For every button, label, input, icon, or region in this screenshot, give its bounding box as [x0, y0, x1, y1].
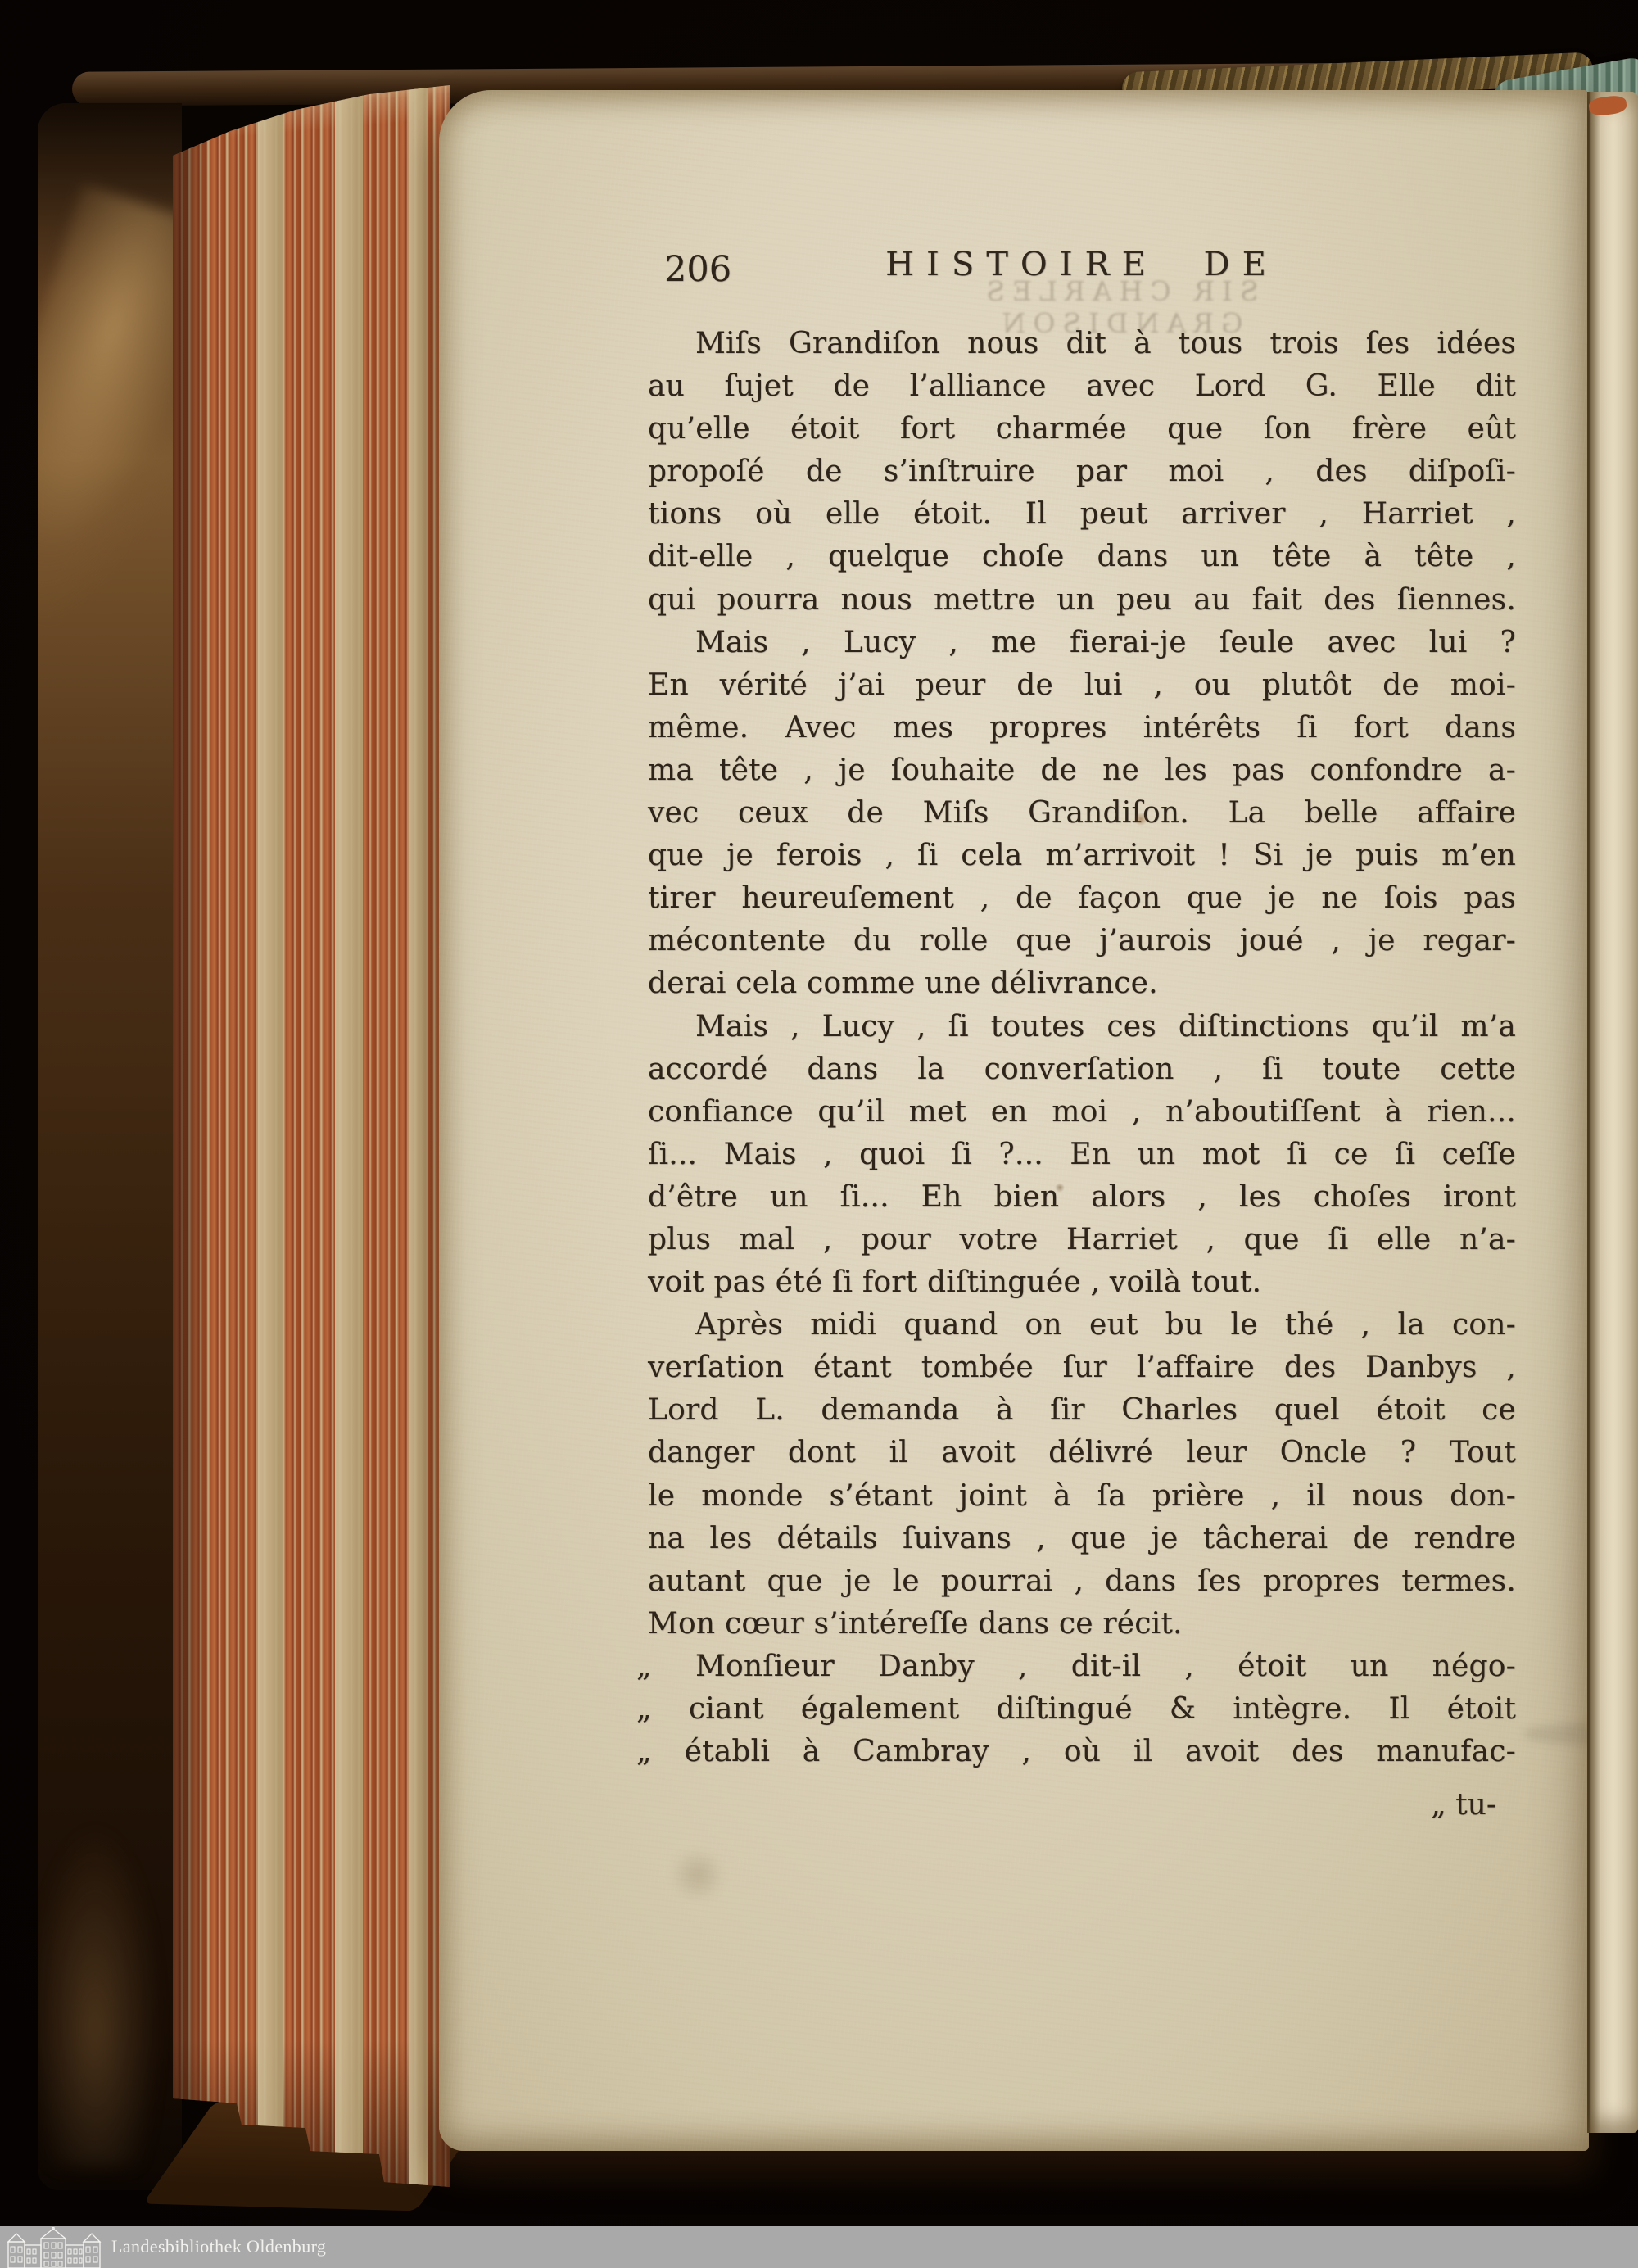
text-line: „ établi à Cambray , où il avoit des man… — [648, 1731, 1516, 1773]
book-page: SIR CHARLES GRANDISON 206 HISTOIRE DE Mi… — [439, 90, 1589, 2151]
text-line: qu’elle étoit fort charmée que ſon frère… — [648, 408, 1516, 450]
text-line: „ Monſieur Danby , dit-il , étoit un nég… — [648, 1646, 1516, 1688]
text-line: ma tête , je ſouhaite de ne les pas conf… — [648, 749, 1516, 792]
text-line: le monde s’étant joint à ſa prière , il … — [648, 1475, 1516, 1518]
text-line: Miſs Grandiſon nous dit à tous trois ſes… — [648, 323, 1516, 365]
text-line: dit-elle , quelque choſe dans un tête à … — [648, 536, 1516, 578]
watermark-label: Landesbibliothek Oldenburg — [111, 2236, 326, 2257]
text-line: „ ciant également diſtingué & intègre. I… — [648, 1688, 1516, 1731]
text-line: voit pas été ſi fort diſtinguée , voilà … — [648, 1261, 1516, 1304]
text-line: d’être un ſi... Eh bien alors , les choſ… — [648, 1176, 1516, 1219]
facing-page-gutter — [1587, 92, 1638, 2133]
page-edge-band — [258, 84, 283, 2187]
text-line: tions où elle étoit. Il peut arriver , H… — [648, 493, 1516, 536]
text-line: En vérité j’ai peur de lui , ou plutôt d… — [648, 664, 1516, 707]
watermark-bar: Landesbibliothek Oldenburg — [0, 2226, 1638, 2268]
text-line: ſi... Mais , quoi ſi ?... En un mot ſi c… — [648, 1134, 1516, 1176]
text-line: confiance qu’il met en moi , n’aboutiſſe… — [648, 1091, 1516, 1134]
leather-streak — [38, 184, 182, 645]
text-line: Après midi quand on eut bu le thé , la c… — [648, 1304, 1516, 1347]
ink-bleedthrough-smudge — [667, 1851, 729, 1899]
photo-background: SIR CHARLES GRANDISON 206 HISTOIRE DE Mi… — [0, 0, 1638, 2268]
text-line: Mais , Lucy , me fierai-je ſeule avec lu… — [648, 622, 1516, 664]
text-line: verſation étant tombée ſur l’affaire des… — [648, 1347, 1516, 1389]
catchword: „ tu- — [648, 1784, 1516, 1827]
text-line: derai cela comme une délivrance. — [648, 962, 1516, 1005]
text-line: que je ferois , ſi cela m’arrivoit ! Si … — [648, 835, 1516, 877]
text-line: mécontente du rolle que j’aurois joué , … — [648, 920, 1516, 962]
text-line: Mais , Lucy , ſi toutes ces diſtinctions… — [648, 1006, 1516, 1048]
ink-bleedthrough-smudge — [1525, 1723, 1589, 1745]
page-edge-band — [409, 84, 428, 2187]
text-line: na les détails ſuivans , que je tâcherai… — [648, 1518, 1516, 1560]
page-header: 206 HISTOIRE DE — [648, 246, 1516, 292]
leather-streak — [38, 1823, 161, 2167]
text-line: danger dont il avoit délivré leur Oncle … — [648, 1432, 1516, 1474]
text-line: vec ceux de Miſs Grandiſon. La belle aff… — [648, 792, 1516, 835]
text-line: au ſujet de l’alliance avec Lord G. Elle… — [648, 365, 1516, 408]
text-line: tirer heureuſement , de façon que je ne … — [648, 877, 1516, 920]
book-cover-left — [38, 103, 182, 2190]
body-text: Miſs Grandiſon nous dit à tous trois ſes… — [648, 323, 1516, 1773]
text-line: même. Avec mes propres intérêts ſi fort … — [648, 707, 1516, 749]
text-line: propoſé de s’inſtruire par moi , des diſ… — [648, 450, 1516, 493]
page-edge-band — [335, 84, 363, 2187]
text-line: autant que je le pourrai , dans ſes prop… — [648, 1560, 1516, 1603]
library-building-icon — [5, 2227, 105, 2268]
page-number: 206 — [664, 249, 731, 290]
text-line: qui pourra nous mettre un peu au fait de… — [648, 579, 1516, 622]
text-line: Mon cœur s’intéreſſe dans ce récit. — [648, 1603, 1516, 1646]
text-line: plus mal , pour votre Harriet , que ſi e… — [648, 1219, 1516, 1261]
text-line: accordé dans la converſation , ſi toute … — [648, 1048, 1516, 1091]
page-edge-sliver — [1588, 94, 1627, 116]
page-edges-fanned — [173, 84, 450, 2187]
text-line: Lord L. demanda à ſir Charles quel étoit… — [648, 1389, 1516, 1432]
running-header-title: HISTOIRE DE — [648, 246, 1516, 283]
